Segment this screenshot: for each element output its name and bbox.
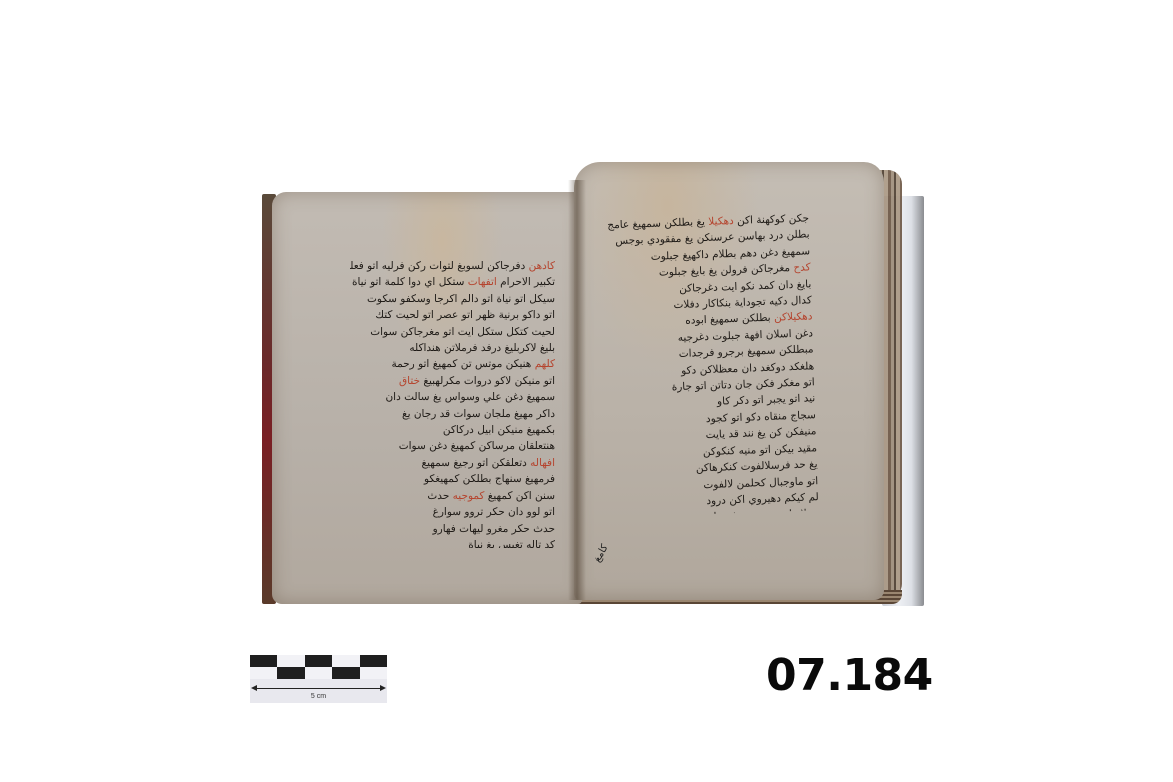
right-page-text: جكن كوكهنة اكن دهكيلا يغ بطلكن سمهيغ عام… [595, 210, 819, 517]
scale-block [332, 667, 359, 679]
manuscript-line: فرمهيغ سنهاج بطلكن كمهيغكو [350, 471, 555, 487]
manuscript-line: حدث حكر مغرو ليهات فهارو [350, 521, 555, 537]
scale-block [277, 655, 304, 667]
scale-bar-top-row [250, 655, 387, 667]
manuscript-line: اتو منيكن لاكو دروات مكرلهبيغ ختاق [350, 373, 555, 389]
manuscript-line: هنتعلقان مرساكن كمهيغ دغن سوات [350, 438, 555, 454]
manuscript-line: لحيت كتكل ستكل ايت اتو مغرجاكن سوات [350, 324, 555, 340]
scale-block [305, 667, 332, 679]
manuscript-line: اتو لوو دان حكر تروو سوارغ [350, 504, 555, 520]
manuscript-line: كد تاله تغيس يغ نياة [350, 537, 555, 548]
double-arrow-icon [253, 688, 384, 689]
scale-block [360, 667, 387, 679]
manuscript-line: افهاله دتعلقكن اتو رجيغ سمهيغ [350, 455, 555, 471]
scale-block [250, 655, 277, 667]
scale-block [277, 667, 304, 679]
manuscript-book: كادهن دفرجاكن لسوبغ لتوات رکن فرلیه اتو … [262, 160, 924, 612]
manuscript-line: سنن اكن كمهيغ كموجيه حدث [350, 488, 555, 504]
catalog-number: 07.184 [766, 650, 933, 701]
manuscript-line: داكر مهيغ ملجان سوات قد رجان يغ [350, 406, 555, 422]
scale-block [305, 655, 332, 667]
gutter-shadow [568, 180, 586, 600]
manuscript-line: كادهن دفرجاكن لسوبغ لتوات رکن فرلیه اتو … [350, 258, 555, 274]
manuscript-line: سمهيغ دغن علي وسواس يغ سالت دان [350, 389, 555, 405]
scale-label: 5 cm [250, 693, 387, 700]
manuscript-line: بكمهيغ منيكن ابيل دركاكن [350, 422, 555, 438]
manuscript-line: كلهم هنيكن موتس تن كمهيغ اتو رحمة [350, 356, 555, 372]
manuscript-line: تكبير الاحرام اتفهات ستكل اي دوا كلمة ات… [350, 274, 555, 290]
manuscript-line: سيكل اتو نياة اتو دالم اكرجا وسكفو سكوت [350, 291, 555, 307]
scale-block [332, 655, 359, 667]
scale-bar-bottom-row [250, 667, 387, 679]
scale-bar: 5 cm [250, 655, 387, 703]
scale-block [360, 655, 387, 667]
scale-block [250, 667, 277, 679]
manuscript-line: بليغ لاكربليغ درفد فرملاتن هنداكله [350, 340, 555, 356]
manuscript-line: اتو داكو برنية ظهر اتو عصر اتو لحيت كتك [350, 307, 555, 323]
left-page-text: كادهن دفرجاكن لسوبغ لتوات رکن فرلیه اتو … [350, 258, 555, 548]
